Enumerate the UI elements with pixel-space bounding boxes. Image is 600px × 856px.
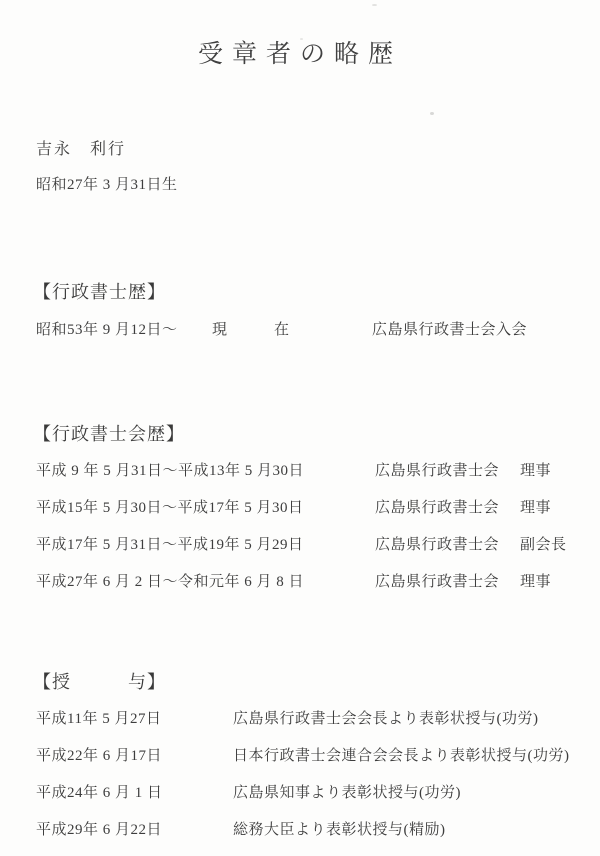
award-date: 平成22年 6 月17日 (36, 744, 162, 765)
term-position: 理事 (520, 459, 551, 480)
term-organization: 広島県行政書士会 (375, 496, 499, 517)
term-period: 平成17年 5 月31日～平成19年 5 月29日 (36, 533, 304, 554)
membership-current-label: 現 在 (212, 318, 290, 339)
award-detail: 総務大臣より表彰状授与(精励) (233, 818, 446, 839)
award-detail: 日本行政書士会連合会会長より表彰状授与(功労) (233, 744, 570, 765)
term-period: 平成27年 6 月 2 日～令和元年 6 月 8 日 (36, 570, 304, 591)
term-organization: 広島県行政書士会 (375, 570, 499, 591)
section-heading-kai-reki: 【行政書士会歴】 (33, 420, 185, 446)
section-heading-juyo: 【授 与】 (33, 668, 166, 694)
award-detail: 広島県知事より表彰状授与(功労) (233, 781, 461, 802)
term-organization: 広島県行政書士会 (375, 459, 499, 480)
scan-artifact-speck (300, 38, 303, 40)
term-organization: 広島県行政書士会 (375, 533, 499, 554)
term-position: 副会長 (520, 533, 567, 554)
term-position: 理事 (520, 496, 551, 517)
membership-period: 昭和53年 9 月12日～ (36, 318, 178, 339)
award-date: 平成29年 6 月22日 (36, 818, 162, 839)
award-date: 平成11年 5 月27日 (36, 707, 161, 728)
scan-artifact-speck (430, 112, 434, 115)
term-position: 理事 (520, 570, 551, 591)
award-detail: 広島県行政書士会会長より表彰状授与(功労) (233, 707, 539, 728)
membership-organization: 広島県行政書士会入会 (372, 318, 527, 339)
recipient-name: 吉永 利行 (36, 136, 126, 159)
term-period: 平成15年 5 月30日～平成17年 5 月30日 (36, 496, 304, 517)
award-date: 平成24年 6 月 1 日 (36, 781, 163, 802)
scan-artifact-speck (372, 4, 377, 6)
term-period: 平成 9 年 5 月31日～平成13年 5 月30日 (36, 459, 304, 480)
scanned-document-page: 受章者の略歴 吉永 利行 昭和27年 3 月31日生 【行政書士歴】 昭和53年… (0, 0, 600, 856)
section-heading-gyoseishoshi-reki: 【行政書士歴】 (33, 278, 166, 304)
birth-date: 昭和27年 3 月31日生 (36, 173, 178, 194)
